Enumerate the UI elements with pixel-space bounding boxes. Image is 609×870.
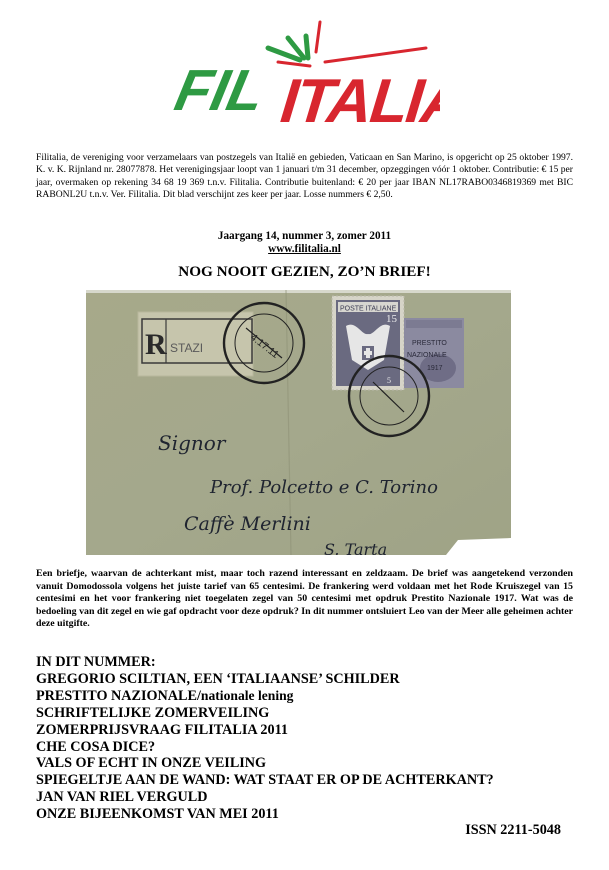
filitalia-logo-graphic: FIL ITALIA	[170, 18, 440, 138]
registration-label: R STAZI	[138, 312, 253, 376]
issn-number: ISSN 2211-5048	[465, 822, 561, 839]
address-line-3: Caffè Merlini	[184, 513, 311, 535]
association-info: Filitalia, de vereniging voor verzamelaa…	[36, 152, 573, 202]
overprint-line-2: NAZIONALE	[407, 352, 447, 359]
photo-caption-text: Een briefje, waarvan de achterkant mist,…	[36, 568, 573, 631]
photo-caption: Een briefje, waarvan de achterkant mist,…	[36, 568, 573, 631]
envelope-illustration: R STAZI 4.17.11 POSTE ITALIANE 15 5	[86, 290, 511, 555]
issue-info: Jaargang 14, nummer 3, zomer 2011	[0, 230, 609, 243]
address-line-1: Signor	[158, 431, 227, 455]
overprint-line-1: PRESTITO	[412, 340, 447, 347]
contents-item: SCHRIFTELIJKE ZOMERVEILING	[36, 705, 576, 722]
logo-text-italia: ITALIA	[278, 67, 440, 136]
envelope-photo: R STAZI 4.17.11 POSTE ITALIANE 15 5	[86, 290, 511, 555]
contents-item: ONZE BIJEENKOMST VAN MEI 2011	[36, 806, 576, 823]
contents-item-lower: nationale lening	[201, 688, 294, 703]
website-link[interactable]: www.filitalia.nl	[0, 243, 609, 256]
registration-label-text: STAZI	[170, 341, 203, 355]
registration-letter: R	[145, 328, 167, 361]
contents-item: VALS OF ECHT IN ONZE VEILING	[36, 755, 576, 772]
filitalia-logo: FIL ITALIA	[170, 18, 440, 138]
association-info-text: Filitalia, de vereniging voor verzamelaa…	[36, 152, 573, 202]
headline: NOG NOOIT GEZIEN, ZO’N BRIEF!	[0, 263, 609, 281]
contents-item: ZOMERPRIJSVRAAG FILITALIA 2011	[36, 722, 576, 739]
stamp-prestito-nazionale: PRESTITO NAZIONALE 1917	[404, 318, 464, 388]
stamp-value-top: 15	[386, 313, 398, 325]
stamp-value-bottom: 5	[387, 376, 391, 385]
table-of-contents: IN DIT NUMMER: GREGORIO SCILTIAN, EEN ‘I…	[36, 654, 576, 823]
contents-item: SPIEGELTJE AAN DE WAND: WAT STAAT ER OP …	[36, 772, 576, 789]
address-line-2: Prof. Polcetto e C. Torino	[209, 477, 438, 498]
logo-text-fil: FIL	[170, 59, 270, 123]
stamp-header: POSTE ITALIANE	[340, 306, 397, 313]
address-line-4: S. Tarta	[324, 540, 387, 555]
contents-item: GREGORIO SCILTIAN, EEN ‘ITALIAANSE’ SCHI…	[36, 671, 576, 688]
contents-heading: IN DIT NUMMER:	[36, 654, 576, 671]
contents-item: PRESTITO NAZIONALE/nationale lening	[36, 688, 576, 705]
contents-item: JAN VAN RIEL VERGULD	[36, 789, 576, 806]
overprint-line-3: 1917	[427, 365, 443, 372]
contents-item: CHE COSA DICE?	[36, 739, 576, 756]
contents-item-upper: PRESTITO NAZIONALE/	[36, 688, 201, 704]
